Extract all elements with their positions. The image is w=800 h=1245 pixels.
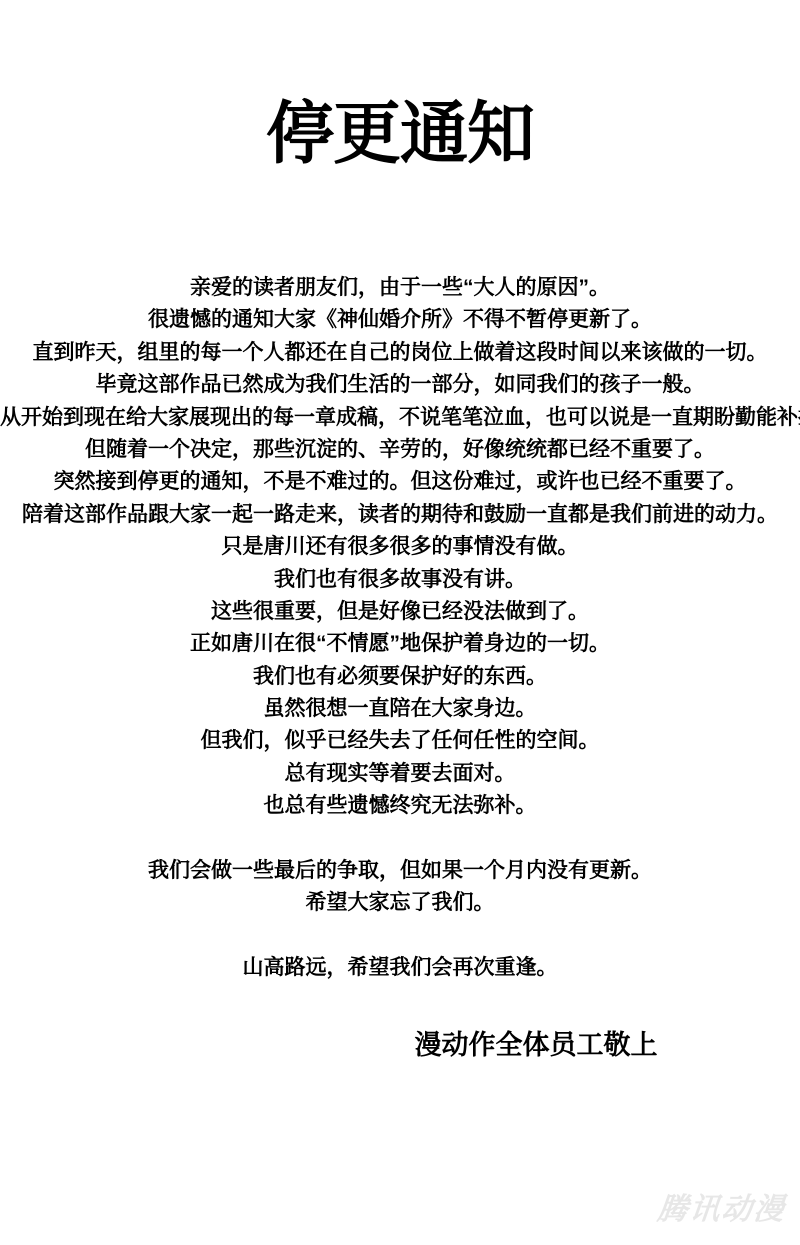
notice-line: 总有现实等着要去面对。: [0, 758, 800, 790]
notice-line: 这些很重要，但是好像已经没法做到了。: [0, 596, 800, 628]
notice-line: 很遗憾的通知大家《神仙婚介所》不得不暂停更新了。: [0, 304, 800, 336]
notice-line: 我们也有必须要保护好的东西。: [0, 661, 800, 693]
notice-paragraph-2: 我们会做一些最后的争取，但如果一个月内没有更新。 希望大家忘了我们。: [0, 855, 800, 920]
notice-line: 直到昨天，组里的每一个人都还在自己的岗位上做着这段时间以来该做的一切。: [0, 337, 800, 369]
notice-line: 我们会做一些最后的争取，但如果一个月内没有更新。: [0, 855, 800, 887]
notice-paragraph-1: 亲爱的读者朋友们，由于一些“大人的原因”。 很遗憾的通知大家《神仙婚介所》不得不…: [0, 272, 800, 823]
notice-line: 毕竟这部作品已然成为我们生活的一部分，如同我们的孩子一般。: [0, 369, 800, 401]
notice-line: 陪着这部作品跟大家一起一路走来，读者的期待和鼓励一直都是我们前进的动力。: [0, 499, 800, 531]
notice-title: 停更通知: [0, 94, 800, 176]
notice-paragraph-3: 山高路远，希望我们会再次重逢。: [0, 952, 800, 984]
notice-line: 但随着一个决定，那些沉淀的、辛劳的，好像统统都已经不重要了。: [0, 434, 800, 466]
notice-line: 但我们，似乎已经失去了任何任性的空间。: [0, 725, 800, 757]
notice-line: 希望大家忘了我们。: [0, 887, 800, 919]
tencent-comics-watermark: 腾讯动漫: [656, 1184, 789, 1228]
notice-line: 虽然很想一直陪在大家身边。: [0, 693, 800, 725]
notice-page: 停更通知 亲爱的读者朋友们，由于一些“大人的原因”。 很遗憾的通知大家《神仙婚介…: [0, 0, 800, 1245]
notice-line: 也总有些遗憾终究无法弥补。: [0, 790, 800, 822]
notice-line: 从开始到现在给大家展现出的每一章成稿，不说笔笔泣血，也可以说是一直期盼勤能补拙。: [0, 402, 800, 434]
notice-line: 正如唐川在很“不情愿”地保护着身边的一切。: [0, 628, 800, 660]
notice-line: 亲爱的读者朋友们，由于一些“大人的原因”。: [0, 272, 800, 304]
notice-body: 亲爱的读者朋友们，由于一些“大人的原因”。 很遗憾的通知大家《神仙婚介所》不得不…: [0, 272, 800, 1061]
notice-line: 突然接到停更的通知，不是不难过的。但这份难过，或许也已经不重要了。: [0, 466, 800, 498]
notice-line: 我们也有很多故事没有讲。: [0, 564, 800, 596]
notice-line: 山高路远，希望我们会再次重逢。: [0, 952, 800, 984]
signature: 漫动作全体员工敬上: [0, 1029, 800, 1061]
notice-line: 只是唐川还有很多很多的事情没有做。: [0, 531, 800, 563]
